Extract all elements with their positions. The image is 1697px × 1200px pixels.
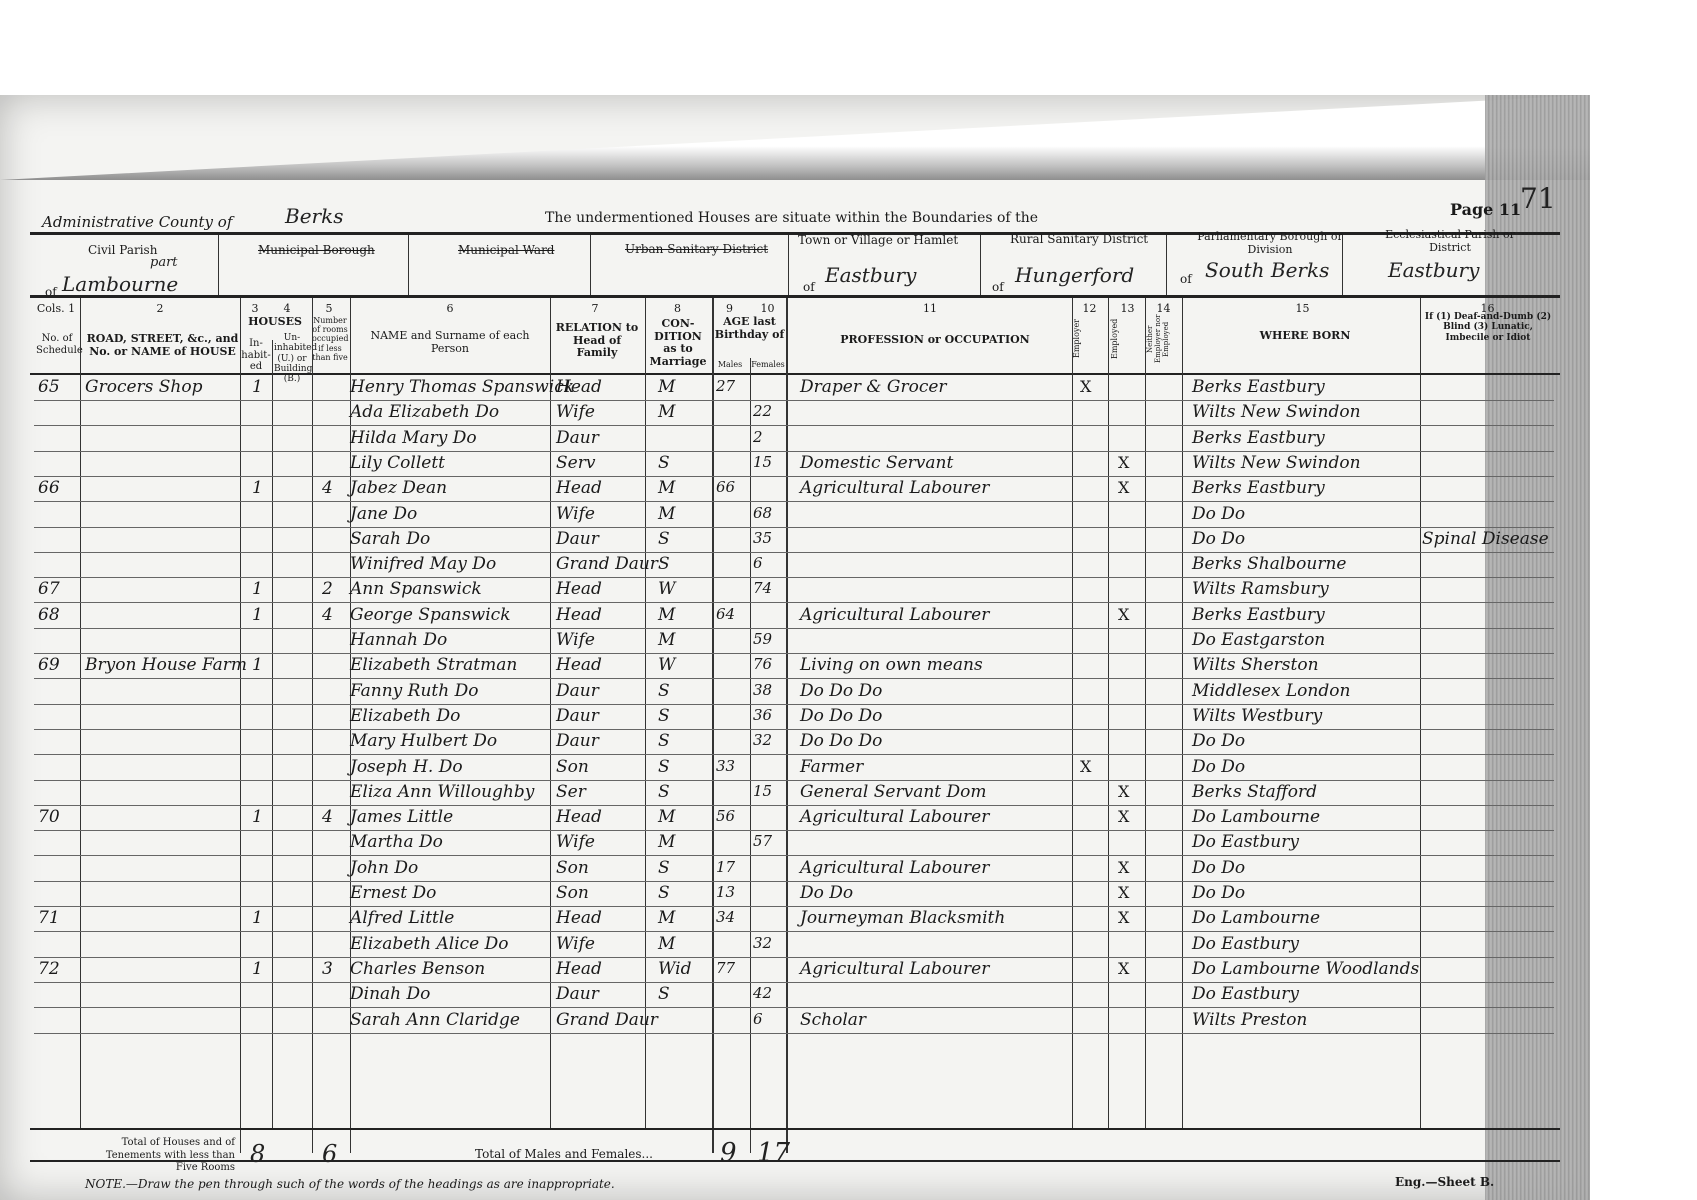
table-row: 711Alfred LittleHeadM34Journeyman Blacks… [34, 906, 1554, 932]
person-name: Ernest Do [350, 883, 436, 903]
female-age: 36 [753, 706, 772, 724]
where-born: Do Eastbury [1192, 832, 1299, 852]
male-age: 56 [716, 807, 735, 825]
table-row: Joseph H. DoSonS33FarmerXDo Do [34, 755, 1554, 781]
person-name: John Do [350, 858, 418, 878]
relation: Son [556, 757, 589, 777]
occupation: Agricultural Labourer [800, 605, 989, 625]
person-name: James Little [350, 807, 453, 827]
relation: Serv [556, 453, 595, 473]
male-age: 34 [716, 908, 735, 926]
relation: Daur [556, 731, 599, 751]
female-age: 74 [753, 579, 772, 597]
where-born: Berks Shalbourne [1192, 554, 1346, 574]
relation: Head [556, 377, 602, 397]
occupation: Do Do Do [800, 706, 882, 726]
marital-condition: M [658, 605, 675, 625]
occupation: Living on own means [800, 655, 983, 675]
admin-county-label: Administrative County of [42, 213, 232, 231]
table-row: 6614Jabez DeanHeadM66Agricultural Labour… [34, 476, 1554, 502]
table-row: Dinah DoDaurS42Do Eastbury [34, 982, 1554, 1008]
marital-condition: S [658, 782, 670, 802]
female-age: 6 [753, 554, 763, 572]
table-row: 7014James LittleHeadM56Agricultural Labo… [34, 805, 1554, 831]
where-born: Wilts Sherston [1192, 655, 1319, 675]
marital-condition: S [658, 529, 670, 549]
male-age: 66 [716, 478, 735, 496]
marital-condition: S [658, 453, 670, 473]
person-name: Elizabeth Do [350, 706, 460, 726]
female-age: 38 [753, 681, 772, 699]
inhabited-count: 1 [252, 478, 263, 498]
table-row: Elizabeth DoDaurS36Do Do DoWilts Westbur… [34, 704, 1554, 730]
schedule-number: 65 [38, 377, 60, 397]
person-name: Hannah Do [350, 630, 447, 650]
relation: Head [556, 579, 602, 599]
female-age: 15 [753, 453, 772, 471]
female-age: 59 [753, 630, 772, 648]
marital-condition: S [658, 757, 670, 777]
person-name: Ada Elizabeth Do [350, 402, 499, 422]
person-name: Winifred May Do [350, 554, 496, 574]
marital-condition: M [658, 377, 675, 397]
marital-condition: W [658, 579, 675, 599]
marital-condition: S [658, 706, 670, 726]
table-row: Hilda Mary DoDaur2Berks Eastbury [34, 426, 1554, 452]
schedule-number: 70 [38, 807, 60, 827]
relation: Head [556, 655, 602, 675]
houses-total-label: Total of Houses and of Tenements with le… [90, 1137, 235, 1175]
inhabited-count: 1 [252, 959, 263, 979]
relation: Head [556, 807, 602, 827]
table-row: 65Grocers Shop1Henry Thomas SpanswickHea… [34, 375, 1554, 401]
table-row: Martha DoWifeM57Do Eastbury [34, 830, 1554, 856]
person-name: Jabez Dean [350, 478, 447, 498]
rooms-count: 4 [322, 807, 333, 827]
where-born: Berks Eastbury [1192, 605, 1325, 625]
header-intro: The undermentioned Houses are situate wi… [545, 210, 1038, 226]
inhabited-count: 1 [252, 605, 263, 625]
table-row: Sarah DoDaurS35Do DoSpinal Disease [34, 527, 1554, 553]
houses-total-value: 8 [250, 1140, 265, 1168]
where-born: Middlesex London [1192, 681, 1350, 701]
schedule-number: 66 [38, 478, 60, 498]
where-born: Do Do [1192, 504, 1245, 524]
where-born: Do Do [1192, 757, 1245, 777]
employed-mark: X [1118, 959, 1129, 978]
where-born: Do Do [1192, 529, 1245, 549]
rooms-count: 3 [322, 959, 333, 979]
marital-condition: M [658, 934, 675, 954]
table-row: Eliza Ann WilloughbySerS15General Servan… [34, 780, 1554, 806]
where-born: Do Lambourne [1192, 908, 1320, 928]
males-total-value: 9 [720, 1138, 737, 1168]
person-name: Sarah Do [350, 529, 430, 549]
tenements-total-value: 6 [322, 1140, 337, 1168]
relation: Son [556, 883, 589, 903]
employed-mark: X [1118, 807, 1129, 826]
occupation: Agricultural Labourer [800, 807, 989, 827]
marital-condition: M [658, 504, 675, 524]
relation: Daur [556, 681, 599, 701]
occupation: Do Do Do [800, 731, 882, 751]
relation: Ser [556, 782, 586, 802]
sheet-label: Eng.—Sheet B. [1395, 1175, 1494, 1189]
employed-mark: X [1118, 908, 1129, 927]
schedule-number: 67 [38, 579, 60, 599]
where-born: Wilts New Swindon [1192, 453, 1361, 473]
where-born: Do Lambourne [1192, 807, 1320, 827]
occupation: Farmer [800, 757, 863, 777]
female-age: 15 [753, 782, 772, 800]
marital-condition: S [658, 858, 670, 878]
folio-number: 71 [1520, 182, 1556, 215]
person-name: Ann Spanswick [350, 579, 482, 599]
male-age: 33 [716, 757, 735, 775]
rooms-count: 4 [322, 605, 333, 625]
relation: Head [556, 605, 602, 625]
male-age: 17 [716, 858, 735, 876]
females-total-value: 17 [757, 1138, 790, 1168]
inhabited-count: 1 [252, 807, 263, 827]
where-born: Berks Stafford [1192, 782, 1317, 802]
relation: Wife [556, 504, 595, 524]
person-name: Elizabeth Stratman [350, 655, 517, 675]
person-name: Alfred Little [350, 908, 454, 928]
table-row: Sarah Ann ClaridgeGrand Daur6ScholarWilt… [34, 1008, 1554, 1034]
inhabited-count: 1 [252, 377, 263, 397]
schedule-number: 71 [38, 908, 60, 928]
marital-condition: W [658, 655, 675, 675]
occupation: Scholar [800, 1010, 866, 1030]
table-row: Fanny Ruth DoDaurS38Do Do DoMiddlesex Lo… [34, 679, 1554, 705]
table-row: Ernest DoSonS13Do DoXDo Do [34, 881, 1554, 907]
where-born: Do Eastbury [1192, 984, 1299, 1004]
relation: Head [556, 908, 602, 928]
marital-condition: S [658, 554, 670, 574]
person-name: Martha Do [350, 832, 443, 852]
relation: Daur [556, 984, 599, 1004]
person-name: Elizabeth Alice Do [350, 934, 509, 954]
person-name: Henry Thomas Spanswick [350, 377, 574, 397]
employed-mark: X [1118, 478, 1129, 497]
where-born: Do Do [1192, 731, 1245, 751]
relation: Head [556, 959, 602, 979]
table-row: Jane DoWifeM68Do Do [34, 502, 1554, 528]
where-born: Berks Eastbury [1192, 428, 1325, 448]
male-age: 13 [716, 883, 735, 901]
where-born: Do Do [1192, 858, 1245, 878]
female-age: 42 [753, 984, 772, 1002]
relation: Daur [556, 529, 599, 549]
employed-mark: X [1118, 883, 1129, 902]
marital-condition: Wid [658, 959, 692, 979]
where-born: Wilts Westbury [1192, 706, 1322, 726]
where-born: Do Do [1192, 883, 1245, 903]
relation: Wife [556, 630, 595, 650]
table-row: Winifred May DoGrand DaurS6Berks Shalbou… [34, 552, 1554, 578]
where-born: Do Eastbury [1192, 934, 1299, 954]
person-name: Sarah Ann Claridge [350, 1010, 520, 1030]
employed-mark: X [1118, 782, 1129, 801]
marital-condition: M [658, 807, 675, 827]
table-row: 7213Charles BensonHeadWid77Agricultural … [34, 957, 1554, 983]
divisions-rule [30, 295, 1560, 298]
person-name: Mary Hulbert Do [350, 731, 497, 751]
marital-condition: S [658, 984, 670, 1004]
relation: Head [556, 478, 602, 498]
admin-county-value: Berks [285, 204, 343, 228]
female-age: 2 [753, 428, 763, 446]
where-born: Berks Eastbury [1192, 377, 1325, 397]
female-age: 6 [753, 1010, 763, 1028]
relation: Son [556, 858, 589, 878]
rooms-count: 2 [322, 579, 333, 599]
marital-condition: M [658, 402, 675, 422]
table-row: Hannah DoWifeM59Do Eastgarston [34, 628, 1554, 654]
table-row: Ada Elizabeth DoWifeM22Wilts New Swindon [34, 400, 1554, 426]
person-name: Fanny Ruth Do [350, 681, 478, 701]
employed-mark: X [1118, 605, 1129, 624]
house-name: Grocers Shop [85, 377, 203, 397]
table-row: John DoSonS17Agricultural LabourerXDo Do [34, 856, 1554, 882]
employed-mark: X [1118, 453, 1129, 472]
rooms-count: 4 [322, 478, 333, 498]
where-born: Do Lambourne Woodlands [1192, 959, 1419, 979]
employer-mark: X [1080, 377, 1091, 396]
male-age: 27 [716, 377, 735, 395]
page-label: Page 11 [1450, 200, 1521, 219]
table-row: Lily CollettServS15Domestic ServantXWilt… [34, 451, 1554, 477]
occupation: Agricultural Labourer [800, 959, 989, 979]
male-age: 64 [716, 605, 735, 623]
relation: Wife [556, 832, 595, 852]
inhabited-count: 1 [252, 579, 263, 599]
female-age: 57 [753, 832, 772, 850]
relation: Grand Daur [556, 554, 658, 574]
person-name: George Spanswick [350, 605, 511, 625]
persons-total-label: Total of Males and Females... [475, 1147, 653, 1161]
relation: Wife [556, 934, 595, 954]
where-born: Wilts New Swindon [1192, 402, 1361, 422]
where-born: Wilts Ramsbury [1192, 579, 1329, 599]
occupation: Domestic Servant [800, 453, 953, 473]
marital-condition: M [658, 908, 675, 928]
female-age: 32 [753, 934, 772, 952]
footer-note: NOTE.—Draw the pen through such of the w… [85, 1177, 615, 1191]
table-row: Mary Hulbert DoDaurS32Do Do DoDo Do [34, 729, 1554, 755]
person-name: Jane Do [350, 504, 417, 524]
inhabited-count: 1 [252, 908, 263, 928]
person-name: Dinah Do [350, 984, 430, 1004]
marital-condition: M [658, 630, 675, 650]
relation: Daur [556, 428, 599, 448]
occupation: Agricultural Labourer [800, 478, 989, 498]
occupation: Journeyman Blacksmith [800, 908, 1005, 928]
schedule-number: 69 [38, 655, 60, 675]
female-age: 32 [753, 731, 772, 749]
where-born: Wilts Preston [1192, 1010, 1307, 1030]
occupation: Do Do [800, 883, 853, 903]
table-row: Elizabeth Alice DoWifeM32Do Eastbury [34, 932, 1554, 958]
female-age: 76 [753, 655, 772, 673]
male-age: 77 [716, 959, 735, 977]
marital-condition: S [658, 731, 670, 751]
schedule-number: 68 [38, 605, 60, 625]
female-age: 22 [753, 402, 772, 420]
marital-condition: S [658, 681, 670, 701]
employed-mark: X [1118, 858, 1129, 877]
table-row: 6814George SpanswickHeadM64Agricultural … [34, 603, 1554, 629]
occupation: General Servant Dom [800, 782, 987, 802]
marital-condition: S [658, 883, 670, 903]
person-name: Lily Collett [350, 453, 445, 473]
occupation: Do Do Do [800, 681, 882, 701]
employer-mark: X [1080, 757, 1091, 776]
where-born: Berks Eastbury [1192, 478, 1325, 498]
relation: Wife [556, 402, 595, 422]
marital-condition: M [658, 832, 675, 852]
house-name: Bryon House Farm [85, 655, 247, 675]
inhabited-count: 1 [252, 655, 263, 675]
totals-rule [30, 1128, 1560, 1130]
marital-condition: M [658, 478, 675, 498]
occupation: Agricultural Labourer [800, 858, 989, 878]
relation: Grand Daur [556, 1010, 658, 1030]
female-age: 68 [753, 504, 772, 522]
infirmity: Spinal Disease [1422, 529, 1549, 549]
relation: Daur [556, 706, 599, 726]
schedule-number: 72 [38, 959, 60, 979]
person-name: Charles Benson [350, 959, 485, 979]
table-row: 6712Ann SpanswickHeadW74Wilts Ramsbury [34, 577, 1554, 603]
person-name: Eliza Ann Willoughby [350, 782, 534, 802]
where-born: Do Eastgarston [1192, 630, 1325, 650]
person-name: Hilda Mary Do [350, 428, 477, 448]
person-name: Joseph H. Do [350, 757, 463, 777]
female-age: 35 [753, 529, 772, 547]
table-row: 69Bryon House Farm1Elizabeth StratmanHea… [34, 653, 1554, 679]
occupation: Draper & Grocer [800, 377, 947, 397]
